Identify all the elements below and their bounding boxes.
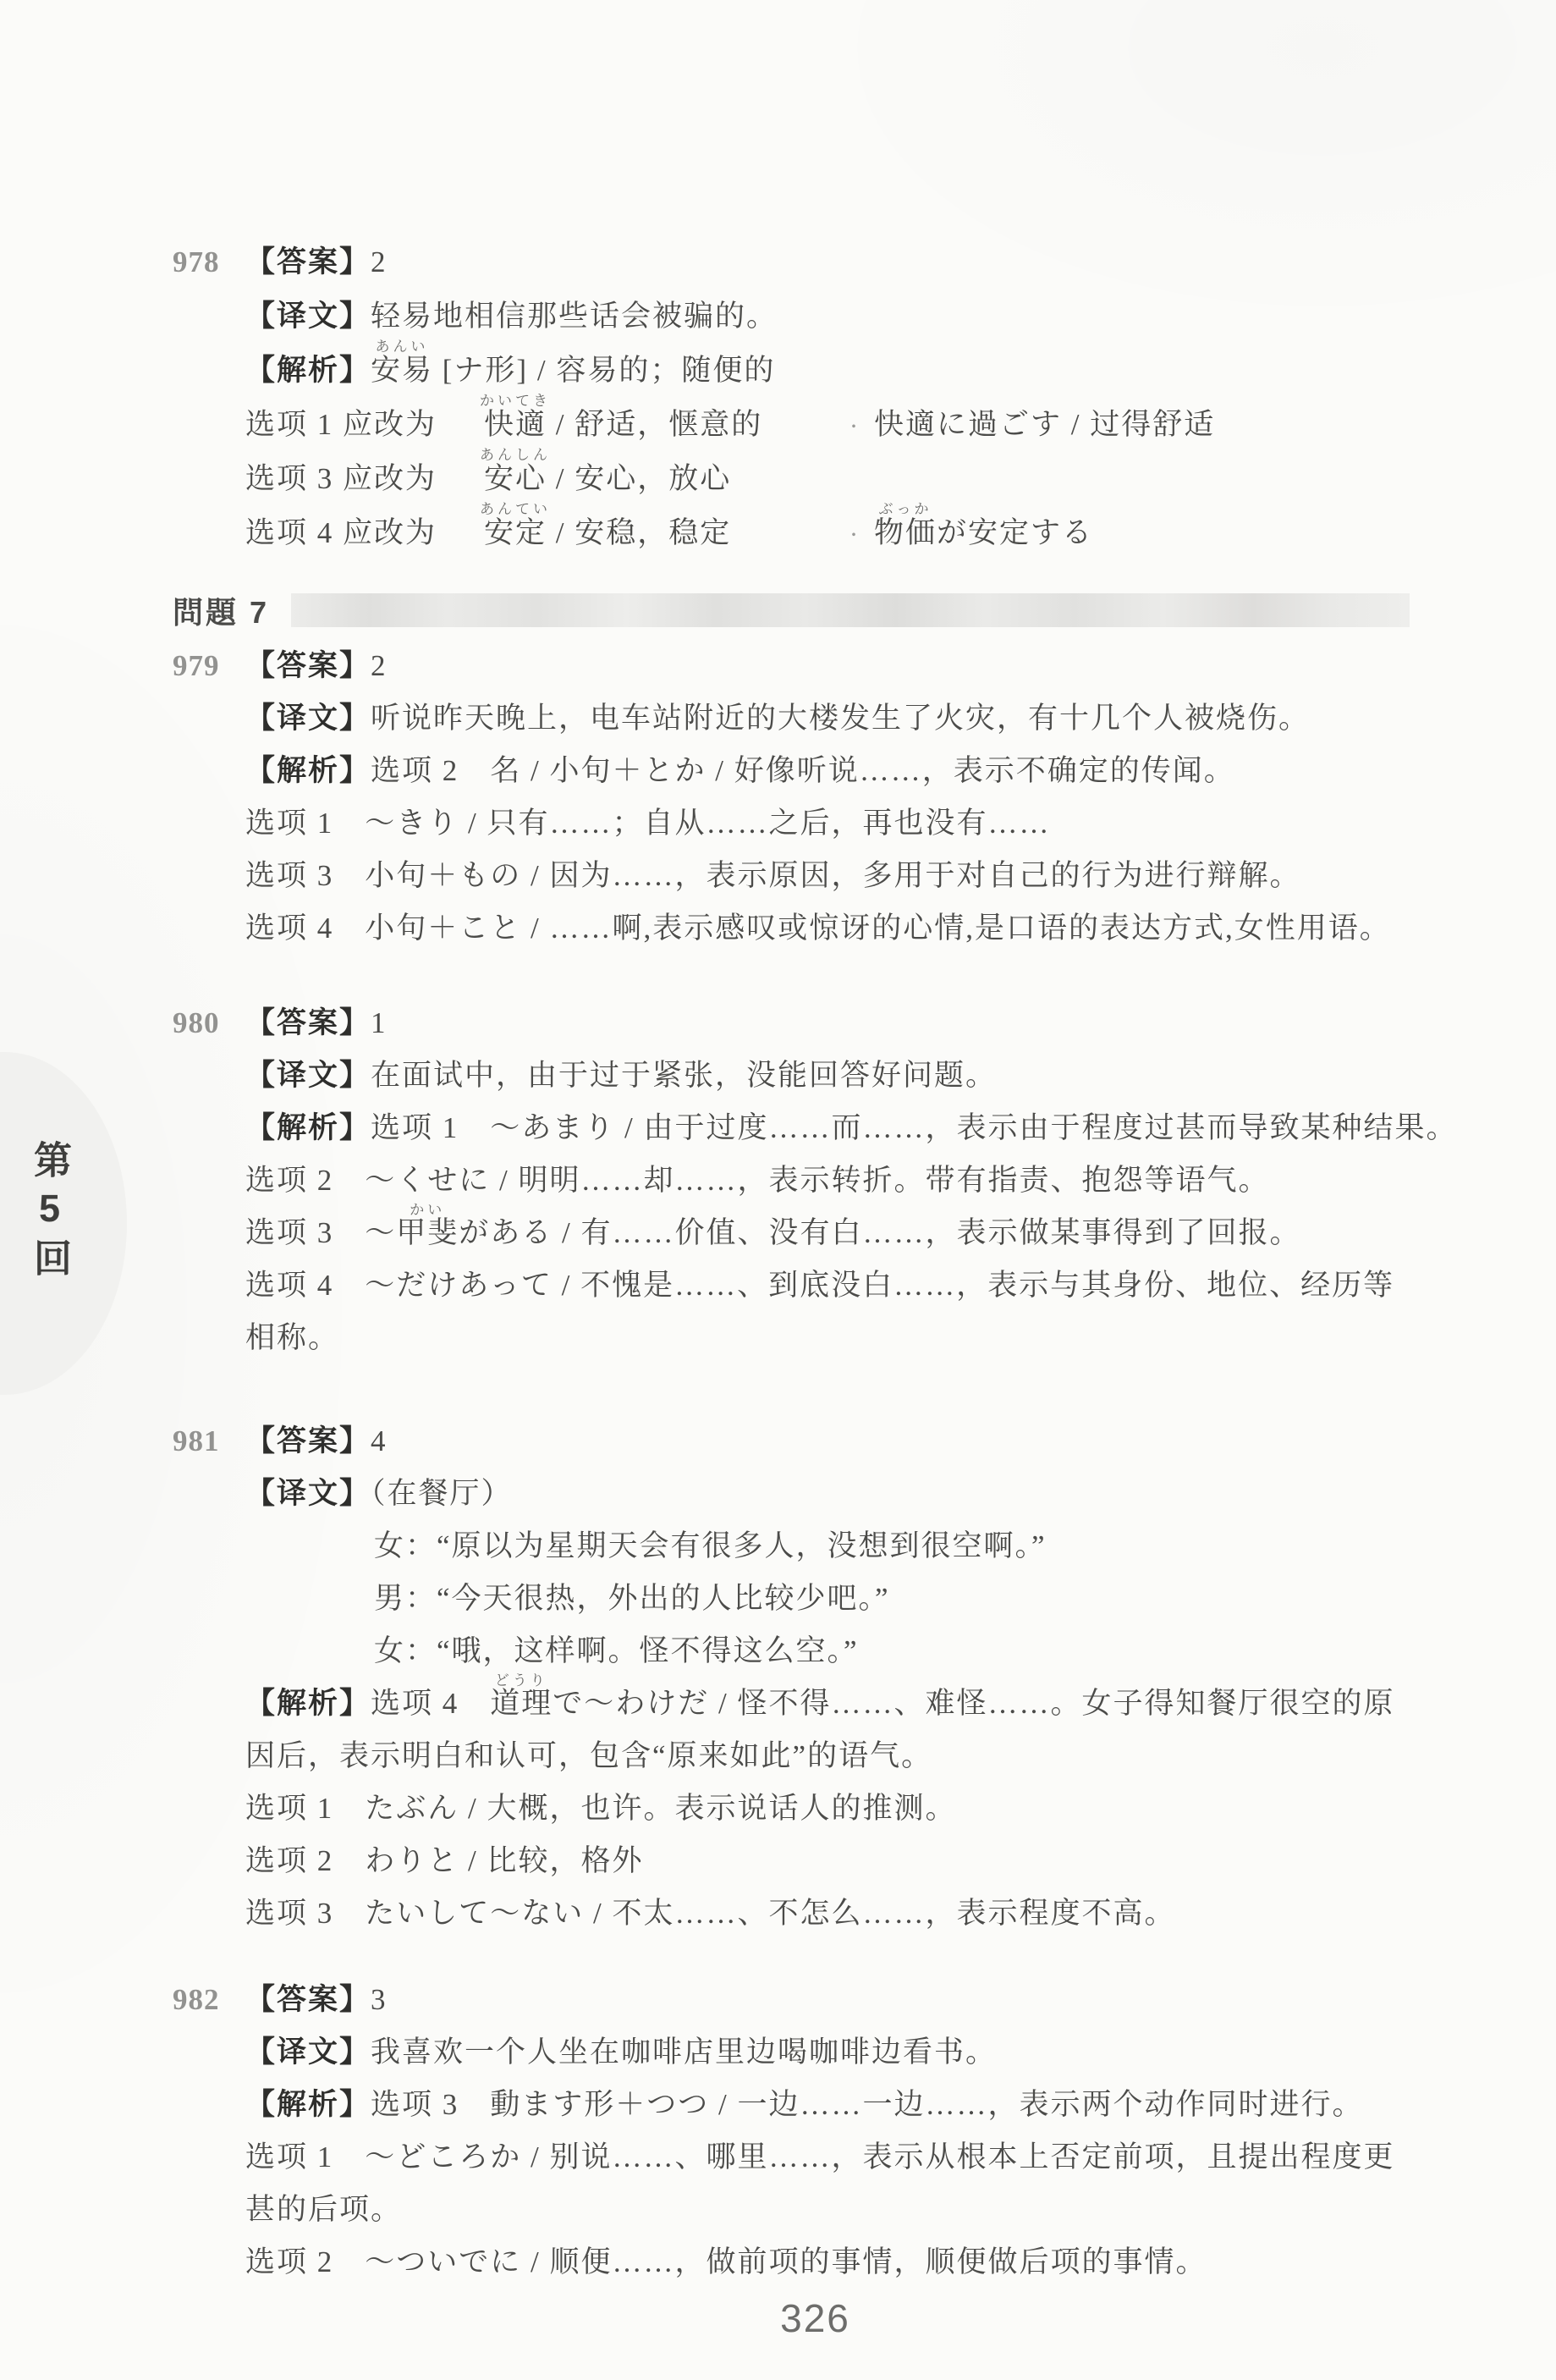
continuation-line: 甚的后项。	[173, 2184, 1509, 2236]
translation-label: 【译文】	[245, 1059, 371, 1092]
option-gloss: 安定あんてい / 安稳，稳定	[484, 506, 845, 560]
analysis-line: 【解析】选项 3 動ます形＋つつ / 一边……一边……，表示两个动作同时进行。	[173, 2079, 1509, 2131]
ruby-word: 甲斐かい	[396, 1207, 459, 1259]
analysis-line: 【解析】选项 2 名 / 小句＋とか / 好像听说……，表示不确定的传闻。	[173, 745, 1509, 797]
furigana: あんしん	[480, 448, 551, 462]
problem-band-strip	[291, 593, 1410, 627]
translation-text: 我喜欢一个人坐在咖啡店里边喝咖啡边看书。	[371, 2036, 997, 2069]
answer-label: 【答案】	[245, 1983, 371, 2016]
option-line: 选项 2 ～くせに / 明明……却……，表示转折。带有指责、抱怨等语气。	[173, 1154, 1509, 1207]
option-gloss: 安心あんしん / 安心，放心	[484, 452, 845, 506]
question-number: 981	[173, 1415, 245, 1468]
option-gloss: 快適かいてき / 舒适，惬意的	[484, 398, 845, 452]
analysis-text: 选项 2 名 / 小句＋とか / 好像听说……，表示不确定的传闻。	[371, 754, 1235, 787]
ruby-word: 安易あんい	[371, 344, 433, 398]
answer-value: 3	[371, 1983, 388, 2016]
answer-value: 2	[371, 649, 388, 682]
furigana: ぶっか	[879, 502, 932, 516]
dialog-line: 男：“今天很热，外出的人比较少吧。”	[173, 1573, 1509, 1625]
example: ・物価ぶっかが安定する	[845, 506, 1093, 560]
furigana: かいてき	[480, 394, 551, 408]
answer-label: 【答案】	[245, 1424, 371, 1457]
translation-label: 【译文】	[245, 702, 371, 735]
analysis-line: 【解析】选项 4 道理どうりで～わけだ / 怪不得……、难怪……。女子得知餐厅很…	[173, 1678, 1509, 1730]
ruby-word: 快適かいてき	[484, 398, 547, 452]
page-number: 326	[0, 2295, 1556, 2341]
analysis-label: 【解析】	[245, 754, 371, 787]
translation-line: 【译文】（在餐厅）	[173, 1468, 1509, 1520]
option-line: 选项 1 ～きり / 只有……；自从……之后，再也没有……	[173, 797, 1509, 850]
question-number: 978	[173, 235, 245, 289]
dialog-line: 女：“原以为星期天会有很多人，没想到很空啊。”	[173, 1520, 1509, 1573]
ruby-base: 道理	[490, 1687, 553, 1720]
translation-label: 【译文】	[245, 1477, 371, 1510]
translation-text: 在面试中，由于过于紧张，没能回答好问题。	[371, 1059, 997, 1092]
qa-item-982: 982【答案】3 【译文】我喜欢一个人坐在咖啡店里边喝咖啡边看书。 【解析】选项…	[173, 1974, 1509, 2289]
option-prefix: 选项 3 应改为	[245, 452, 484, 506]
ruby-word: 道理どうり	[490, 1678, 553, 1730]
option-line: 选项 4 ～だけあって / 不愧是……、到底没白……，表示与其身份、地位、经历等	[173, 1259, 1509, 1312]
option-prefix: 选项 3 ～	[245, 1216, 396, 1249]
question-number: 980	[173, 997, 245, 1050]
answer-line: 980【答案】1	[173, 997, 1509, 1050]
option-text: がある / 有……价值、没有白……，表示做某事得到了回报。	[459, 1216, 1300, 1249]
answer-label: 【答案】	[245, 649, 371, 682]
bullet-icon: ・	[845, 418, 864, 437]
ruby-base: 安心	[484, 462, 547, 495]
qa-item-981: 981【答案】4 【译文】（在餐厅） 女：“原以为星期天会有很多人，没想到很空啊…	[173, 1415, 1509, 1940]
answer-label: 【答案】	[245, 1006, 371, 1039]
answer-value: 1	[371, 1006, 388, 1039]
option-prefix: 选项 4	[371, 1687, 490, 1720]
ruby-base: 快適	[484, 408, 547, 441]
furigana: かい	[410, 1203, 445, 1217]
answer-label: 【答案】	[245, 245, 371, 278]
translation-text: （在餐厅）	[371, 1477, 513, 1510]
dialog-line: 女：“哦，这样啊。怪不得这么空。”	[173, 1625, 1509, 1678]
option-line: 选项 3 应改为安心あんしん / 安心，放心	[173, 452, 1509, 506]
ruby-base: 甲斐	[396, 1216, 459, 1249]
answer-line: 981【答案】4	[173, 1415, 1509, 1468]
answer-value: 2	[371, 245, 388, 278]
furigana: あんてい	[480, 502, 551, 516]
option-line: 选项 1 应改为快適かいてき / 舒适，惬意的・快適に過ごす / 过得舒适	[173, 398, 1509, 452]
translation-line: 【译文】听说昨天晚上，电车站附近的大楼发生了火灾，有十几个人被烧伤。	[173, 692, 1509, 745]
translation-text: 听说昨天晚上，电车站附近的大楼发生了火灾，有十几个人被烧伤。	[371, 702, 1310, 735]
book-page: 第5回 978【答案】2 【译文】轻易地相信那些话会被骗的。 【解析】安易あんい…	[0, 0, 1556, 2380]
answer-line: 978【答案】2	[173, 235, 1509, 289]
analysis-text: 选项 1 ～あまり / 由于过度……而……，表示由于程度过甚而导致某种结果。	[371, 1111, 1457, 1144]
qa-item-978: 978【答案】2 【译文】轻易地相信那些话会被骗的。 【解析】安易あんい [ナ形…	[173, 235, 1509, 560]
example-text: 快適に過ごす / 过得舒适	[874, 408, 1215, 441]
qa-item-979: 979【答案】2 【译文】听说昨天晚上，电车站附近的大楼发生了火灾，有十几个人被…	[173, 640, 1509, 955]
ruby-word: 安心あんしん	[484, 452, 547, 506]
ruby-word: 安定あんてい	[484, 506, 547, 560]
translation-text: 轻易地相信那些话会被骗的。	[371, 300, 778, 333]
continuation-line: 相称。	[173, 1312, 1509, 1364]
answer-value: 4	[371, 1424, 388, 1457]
analysis-label: 【解析】	[245, 1111, 371, 1144]
example-text: が安定する	[937, 516, 1093, 549]
analysis-label: 【解析】	[245, 354, 371, 387]
option-line: 选项 3 小句＋もの / 因为……，表示原因，多用于对自己的行为进行辩解。	[173, 850, 1509, 902]
answer-line: 982【答案】3	[173, 1974, 1509, 2026]
bullet-icon: ・	[845, 526, 864, 545]
option-gloss-text: / 安稳，稳定	[547, 516, 731, 549]
option-line: 选项 1 たぶん / 大概，也许。表示说话人的推测。	[173, 1782, 1509, 1835]
translation-line: 【译文】在面试中，由于过于紧张，没能回答好问题。	[173, 1050, 1509, 1102]
furigana: どうり	[495, 1673, 548, 1688]
option-line: 选项 2 ～ついでに / 顺便……，做前项的事情，顺便做后项的事情。	[173, 2236, 1509, 2289]
analysis-label: 【解析】	[245, 1687, 371, 1720]
chapter-side-tab-label: 第5回	[22, 1140, 77, 1285]
option-gloss-text: / 舒适，惬意的	[547, 408, 762, 441]
ruby-base: 安定	[484, 516, 547, 549]
ruby-base: 物価	[874, 516, 937, 549]
analysis-label: 【解析】	[245, 2088, 371, 2121]
option-line: 选项 4 小句＋こと / ……啊,表示感叹或惊讶的心情,是口语的表达方式,女性用…	[173, 902, 1509, 955]
ruby-word: 物価ぶっか	[874, 506, 937, 560]
option-line: 选项 2 わりと / 比较，格外	[173, 1835, 1509, 1887]
furigana: あんい	[376, 339, 429, 354]
translation-line: 【译文】我喜欢一个人坐在咖啡店里边喝咖啡边看书。	[173, 2026, 1509, 2079]
translation-line: 【译文】轻易地相信那些话会被骗的。	[173, 289, 1509, 344]
option-line: 选项 4 应改为安定あんてい / 安稳，稳定・物価ぶっかが安定する	[173, 506, 1509, 560]
option-line: 选项 3 たいして～ない / 不太……、不怎么……，表示程度不高。	[173, 1887, 1509, 1940]
qa-item-980: 980【答案】1 【译文】在面试中，由于过于紧张，没能回答好问题。 【解析】选项…	[173, 997, 1509, 1364]
analysis-text: で～わけだ / 怪不得……、难怪……。女子得知餐厅很空的原	[553, 1687, 1394, 1720]
option-line: 选项 1 ～どころか / 别说……、哪里……，表示从根本上否定前项，且提出程度更	[173, 2131, 1509, 2184]
answer-line: 979【答案】2	[173, 640, 1509, 692]
example: ・快適に過ごす / 过得舒适	[845, 398, 1215, 452]
problem-band: 問題 7	[173, 589, 1410, 631]
problem-band-label: 問題 7	[173, 589, 269, 632]
chapter-side-tab: 第5回	[0, 1052, 127, 1395]
analysis-text: 选项 3 動ます形＋つつ / 一边……一边……，表示两个动作同时进行。	[371, 2088, 1363, 2121]
option-prefix: 选项 4 应改为	[245, 506, 484, 560]
question-number: 982	[173, 1974, 245, 2026]
question-number: 979	[173, 640, 245, 692]
analysis-line: 【解析】安易あんい [ナ形] / 容易的；随便的	[173, 344, 1509, 398]
option-prefix: 选项 1 应改为	[245, 398, 484, 452]
translation-label: 【译文】	[245, 2036, 371, 2069]
option-line: 选项 3 ～甲斐かいがある / 有……价值、没有白……，表示做某事得到了回报。	[173, 1207, 1509, 1259]
analysis-line: 【解析】选项 1 ～あまり / 由于过度……而……，表示由于程度过甚而导致某种结…	[173, 1102, 1509, 1154]
translation-label: 【译文】	[245, 300, 371, 333]
option-gloss-text: / 安心，放心	[547, 462, 731, 495]
analysis-text: [ナ形] / 容易的；随便的	[433, 354, 775, 387]
continuation-line: 因后，表示明白和认可，包含“原来如此”的语气。	[173, 1730, 1509, 1782]
ruby-base: 安易	[371, 354, 433, 387]
